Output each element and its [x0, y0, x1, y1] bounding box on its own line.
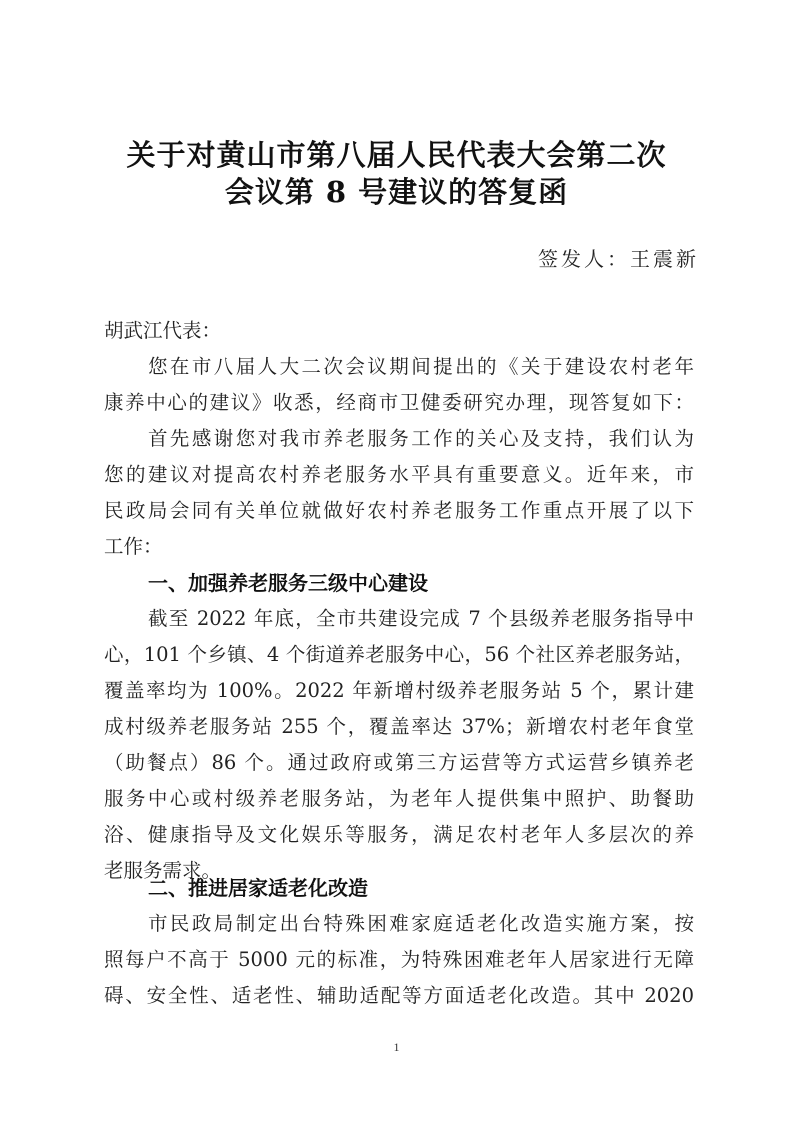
section-1-line-7: 浴、健康指导及文化娱乐等服务，满足农村老年人多层次的养: [104, 817, 694, 853]
section-1-line-5: （助餐点）86 个。通过政府或第三方运营等方式运营乡镇养老: [104, 745, 694, 781]
section-1-line-2: 心，101 个乡镇、4 个街道养老服务中心，56 个社区养老服务站，: [104, 637, 694, 673]
section-1-heading: 一、加强养老服务三级中心建设: [148, 565, 428, 601]
paragraph-2-line-3: 民政局会同有关单位就做好农村养老服务工作重点开展了以下: [104, 493, 694, 529]
page-number: 1: [0, 1040, 793, 1055]
section-2-line-1: 市民政局制定出台特殊困难家庭适老化改造实施方案，按: [148, 906, 694, 942]
paragraph-2-line-4: 工作：: [104, 529, 694, 565]
document-title-line-1: 关于对黄山市第八届人民代表大会第二次: [0, 135, 793, 175]
section-2-line-3: 碍、安全性、适老性、辅助适配等方面适老化改造。其中 2020: [104, 978, 694, 1014]
section-1-line-4: 成村级养老服务站 255 个，覆盖率达 37%；新增农村老年食堂: [104, 709, 694, 745]
section-2-heading: 二、推进居家适老化改造: [148, 870, 368, 906]
paragraph-1-line-1: 您在市八届人大二次会议期间提出的《关于建设农村老年: [148, 349, 694, 385]
paragraph-1-line-2: 康养中心的建议》收悉，经商市卫健委研究办理，现答复如下：: [104, 385, 694, 421]
paragraph-2-line-1: 首先感谢您对我市养老服务工作的关心及支持，我们认为: [148, 421, 694, 457]
section-1-line-3: 覆盖率均为 100%。2022 年新增村级养老服务站 5 个，累计建: [104, 673, 694, 709]
section-1-line-1: 截至 2022 年底，全市共建设完成 7 个县级养老服务指导中: [148, 601, 694, 637]
paragraph-2-line-2: 您的建议对提高农村养老服务水平具有重要意义。近年来，市: [104, 457, 694, 493]
document-title-line-2: 会议第 8 号建议的答复函: [0, 172, 793, 212]
section-1-line-6: 服务中心或村级养老服务站，为老年人提供集中照护、助餐助: [104, 781, 694, 817]
salutation: 胡武江代表：: [104, 313, 694, 349]
section-2-line-2: 照每户不高于 5000 元的标准，为特殊困难老年人居家进行无障: [104, 942, 694, 978]
document-page: 关于对黄山市第八届人民代表大会第二次 会议第 8 号建议的答复函 签发人：王震新…: [0, 0, 793, 1122]
signer: 签发人：王震新: [538, 243, 699, 272]
